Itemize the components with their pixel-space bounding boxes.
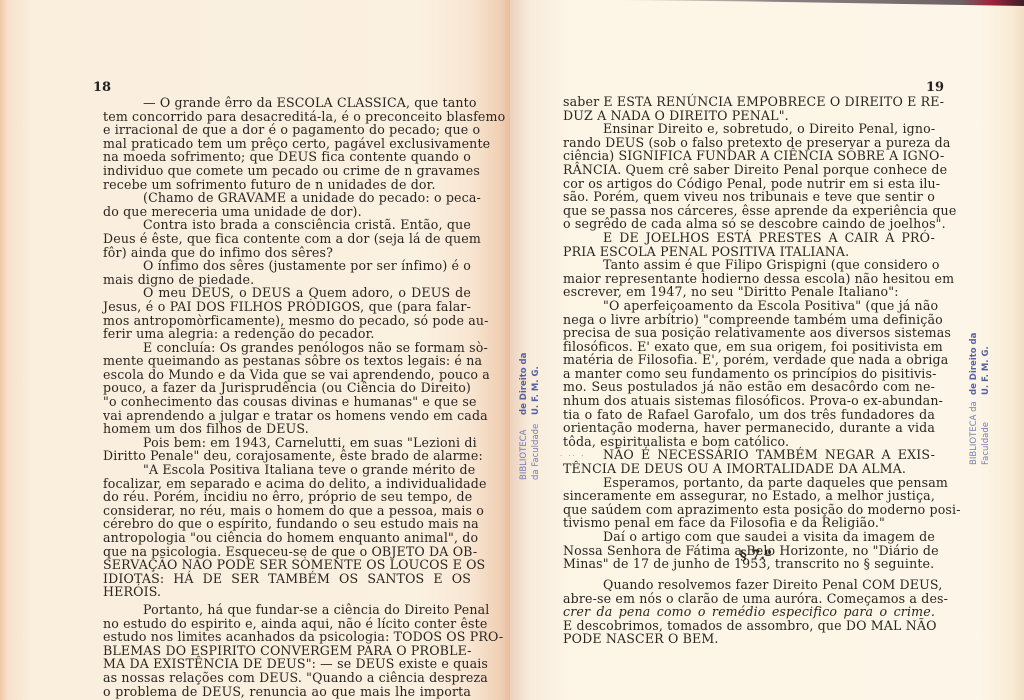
text-line: (Chamo de GRAVAME a unidade do pecado: o…: [103, 191, 471, 205]
text-line: RÂNCIA. Quem crê saber Direito Penal por…: [563, 163, 935, 177]
text-line: antropologia "ou ciência do homem enquan…: [103, 531, 471, 545]
text-line: MA DA EXISTÊNCIA DE DEUS": — se DEUS exi…: [103, 657, 471, 671]
stamp-line: de Direito da U. F. M. G.: [518, 350, 542, 415]
text-line: HERÓIS.: [103, 585, 471, 599]
text-line: Pois bem: em 1943, Carnelutti, em suas "…: [103, 436, 471, 450]
text-line: que se passa nos cárceres, êsse aprende …: [563, 204, 935, 218]
text-line: tia o fato de Rafael Garofalo, um dos tr…: [563, 408, 935, 422]
text-line: do que mereceria uma unidade de dor).: [103, 205, 471, 219]
text-line: mais digno de piedade.: [103, 273, 471, 287]
text-line: mal praticado tem um prêço certo, pagáve…: [103, 137, 471, 151]
text-line: no estudo do espirito e, ainda aqui, não…: [103, 617, 471, 631]
text-line: a manter como seu fundamento os princípi…: [563, 367, 935, 381]
text-line: e irracional de que a dor é o pagamento …: [103, 123, 471, 137]
text-line: o segrêdo de cada alma só se descobre ca…: [563, 217, 935, 231]
text-line: tôda, espiritualista e bom católico.: [563, 435, 935, 449]
text-line: filosóficos. E' exato que, em sua origem…: [563, 340, 935, 354]
text-line: — O grande êrro da ESCOLA CLASSICA, que …: [103, 96, 471, 110]
text-line: estudo nos limites acanhados da psicolog…: [103, 630, 471, 644]
text-line: TÊNCIA DE DEUS OU A IMORTALIDADE DA ALMA…: [563, 462, 935, 476]
text-line: recebe um sofrimento futuro de n unidade…: [103, 178, 471, 192]
text-line: as nossas relações com DEUS. "Quando a c…: [103, 671, 471, 685]
text-line: focalizar, em separado e acima do delito…: [103, 477, 471, 491]
text-line: escola do Mundo e da Vida que se vai apr…: [103, 368, 471, 382]
text-line: Contra isto brada a consciência cristã. …: [103, 218, 471, 232]
text-line: escrever, em 1947, no seu "Diritto Penal…: [563, 285, 935, 299]
text-line: matéria de Filosofia. E', porém, verdade…: [563, 353, 935, 367]
page-number-left: 18: [93, 80, 111, 95]
text-line: crer da pena como o remédio especifico p…: [563, 605, 935, 619]
printer-mark: · ·· ·: [560, 452, 585, 460]
text-line: O meu DEUS, o DEUS a Quem adoro, o DEUS …: [103, 286, 471, 300]
text-line: fôr) ainda que do infimo dos sêres?: [103, 246, 471, 260]
text-line: nega o livre arbítrio) "compreende també…: [563, 313, 935, 327]
text-line: E DE JOELHOS ESTÁ PRESTES A CAIR A PRÓ-: [563, 231, 935, 245]
stamp-line: BIBLIOTECA da Faculdade: [518, 417, 542, 480]
section-heading: § 7.º: [740, 548, 771, 563]
text-line: "A Escola Positiva Italiana teve o grand…: [103, 463, 471, 477]
text-line: tivismo penal em face da Filosofia e da …: [563, 516, 935, 530]
right-page-body: saber E ESTA RENÚNCIA EMPOBRECE O DIREIT…: [563, 95, 935, 571]
text-line: abre-se em nós o clarão de uma auróra. C…: [563, 592, 935, 606]
stamp-line: de Direito da U. F. M. G.: [968, 325, 992, 395]
text-line: vai aprendendo a julgar e tratar os home…: [103, 409, 471, 423]
text-line: Tanto assim é que Filipo Grispigni (que …: [563, 258, 935, 272]
text-line: Portanto, há que fundar-se a ciência do …: [103, 603, 471, 617]
text-line: mente queimando as pestanas sôbre os tex…: [103, 354, 471, 368]
page-number-right: 19: [926, 80, 944, 95]
section-body: Quando resolvemos fazer Direito Penal CO…: [563, 578, 935, 646]
text-line: pouco, a fazer da Jurisprudência (ou Ciê…: [103, 381, 471, 395]
text-line: PRIA ESCOLA PENAL POSITIVA ITALIANA.: [563, 245, 935, 259]
text-line: cor os artigos do Código Penal, pode nut…: [563, 177, 935, 191]
text-line: na moeda sofrimento; que DEUS fica conte…: [103, 150, 471, 164]
text-line: Daí o artigo com que saudei a visita da …: [563, 530, 935, 544]
text-line: individuo que comete um pecado ou crime …: [103, 164, 471, 178]
text-line: ciência) SIGNIFICA FUNDAR A CIÊNCIA SÔBR…: [563, 149, 935, 163]
text-line: E descobrimos, tomados de assombro, que …: [563, 619, 935, 633]
text-line: SERVAÇÃO NÃO PODE SER SÒMENTE OS LOUCOS …: [103, 558, 471, 572]
text-line: Ensinar Direito e, sobretudo, o Direito …: [563, 122, 935, 136]
text-line: Quando resolvemos fazer Direito Penal CO…: [563, 578, 935, 592]
text-line: O ínfimo dos sêres (justamente por ser í…: [103, 259, 471, 273]
text-line: o problema de DEUS, renuncia ao que mais…: [103, 685, 471, 699]
text-line: NÃO É NECESSÁRIO TAMBÉM NEGAR A EXIS-: [563, 448, 935, 462]
text-line: considerar, no réu, mais o homem do que …: [103, 504, 471, 518]
library-stamp-left: BIBLIOTECA da Faculdade de Direito da U.…: [518, 350, 542, 480]
text-line: são. Porém, quem viveu nos tribunais e t…: [563, 190, 935, 204]
text-line: cérebro do que o espírito, fundando o se…: [103, 517, 471, 531]
text-line: nhum dos atuais sistemas filosóficos. Pr…: [563, 394, 935, 408]
text-line: precisa de sua posição relativamente aos…: [563, 326, 935, 340]
text-line: maior representante hodierno dessa escol…: [563, 272, 935, 286]
text-line: BLEMAS DO ESPIRITO CONVERGEM PARA O PROB…: [103, 644, 471, 658]
text-line: tem concorrido para desacreditá-la, é o …: [103, 110, 471, 124]
book-spread: 18 19 — O grande êrro da ESCOLA CLASSICA…: [0, 0, 1024, 700]
library-stamp-right: BIBLIOTECA da Faculdade de Direito da U.…: [968, 325, 992, 465]
text-line: homem um dos filhos de DEUS.: [103, 422, 471, 436]
text-line: saber E ESTA RENÚNCIA EMPOBRECE O DIREIT…: [563, 95, 935, 109]
text-line: que saúdem com aprazimento esta posição …: [563, 503, 935, 517]
text-line: Deus é êste, que fica contente com a dor…: [103, 232, 471, 246]
text-line: orientação moderna, haver permanecido, d…: [563, 421, 935, 435]
stamp-line: BIBLIOTECA da Faculdade: [968, 397, 992, 465]
text-line: "o conhecimento das cousas divinas e hum…: [103, 395, 471, 409]
text-line: sinceramente em assegurar, no Estado, a …: [563, 489, 935, 503]
text-line: do réu. Porém, incidiu no êrro, próprio …: [103, 490, 471, 504]
text-line: Esperamos, portanto, da parte daqueles q…: [563, 476, 935, 490]
text-line: PODE NASCER O BEM.: [563, 632, 935, 646]
text-line: mos antropomòrficamente), mesmo do pecad…: [103, 314, 471, 328]
text-line: Diritto Penale" deu, corajosamente, êste…: [103, 449, 471, 463]
text-line: DUZ A NADA O DIREITO PENAL".: [563, 109, 935, 123]
text-line: E concluía: Os grandes penólogos não se …: [103, 341, 471, 355]
text-line: Jesus, é o PAI DOS FILHOS PRÓDIGOS, que …: [103, 300, 471, 314]
left-page-body: — O grande êrro da ESCOLA CLASSICA, que …: [103, 96, 471, 698]
text-line: "O aperfeiçoamento da Escola Positiva" (…: [563, 299, 935, 313]
text-line: mo. Seus postulados já não estão em desa…: [563, 380, 935, 394]
text-line: ferir uma alegria: a redenção do pecador…: [103, 327, 471, 341]
